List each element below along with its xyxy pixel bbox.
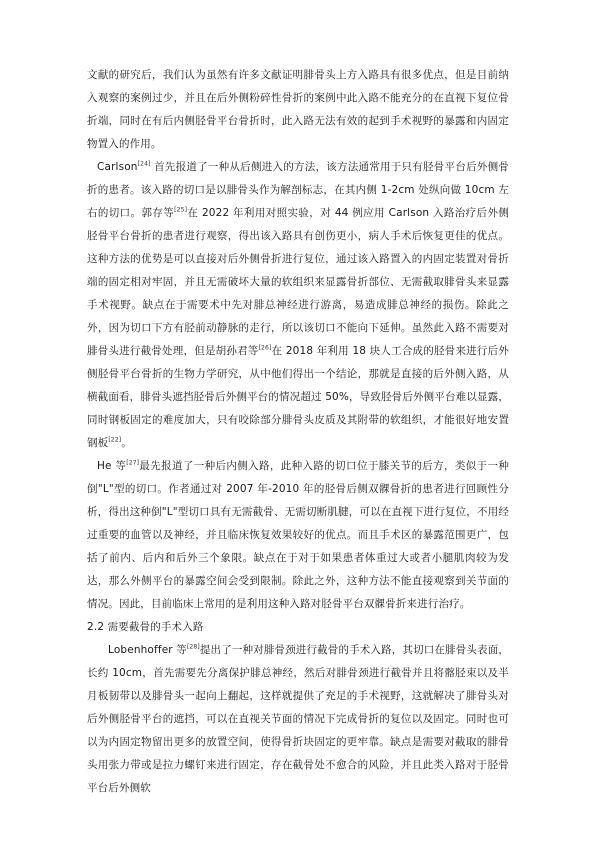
paragraph-he-approach: He 等[27]最先报道了一种后内侧入路，此种入路的切口位于膝关节的后方，类似于… — [87, 455, 509, 616]
citation-ref: [25] — [174, 207, 187, 214]
section-heading: 2.2 需要截骨的手术入路 — [87, 616, 509, 639]
paragraph-lobenhoffer-approach: Lobenhoffer 等[28]提出了一种对腓骨颈进行截骨的手术入路，其切口在… — [87, 639, 509, 800]
paragraph-text: Carlson — [97, 161, 138, 173]
citation-ref: [22] — [108, 437, 121, 444]
paragraph-text: 文献的研究后，我们认为虽然有许多文献证明腓骨头上方入路具有很多优点，但是目前纳入… — [87, 69, 509, 150]
paragraph-text: Lobenhoffer 等 — [108, 644, 187, 656]
paragraph-text: He 等 — [97, 460, 126, 472]
paragraph-text: 。 — [121, 437, 132, 449]
paragraph-text: 在 2018 年利用 18 块人工合成的胫骨来进行后外侧胫骨平台骨折的生物力学研… — [87, 345, 509, 449]
citation-ref: [28] — [187, 644, 200, 651]
section-title: 需要截骨的手术入路 — [108, 621, 204, 633]
paragraph-text: 提出了一种对腓骨颈进行截骨的手术入路，其切口在腓骨头表面，长约 10cm，首先需… — [87, 644, 509, 794]
paragraph-carlson-approach: Carlson[24] 首先报道了一种从后侧进入的方法，该方法通常用于只有胫骨平… — [87, 156, 509, 455]
citation-ref: [27] — [126, 460, 139, 467]
paragraph-text: 在 2022 年利用对照实验，对 44 例应用 Carlson 入路治疗后外侧胫… — [87, 207, 509, 357]
section-number: 2.2 — [87, 621, 104, 633]
paragraph-text: 最先报道了一种后内侧入路，此种入路的切口位于膝关节的后方，类似于一种倒"L"型的… — [87, 460, 509, 610]
document-page: 文献的研究后，我们认为虽然有许多文献证明腓骨头上方入路具有很多优点，但是目前纳入… — [87, 64, 509, 800]
paragraph-1: 文献的研究后，我们认为虽然有许多文献证明腓骨头上方入路具有很多优点，但是目前纳入… — [87, 64, 509, 156]
citation-ref: [26] — [259, 345, 272, 352]
citation-ref: [24] — [138, 161, 151, 168]
